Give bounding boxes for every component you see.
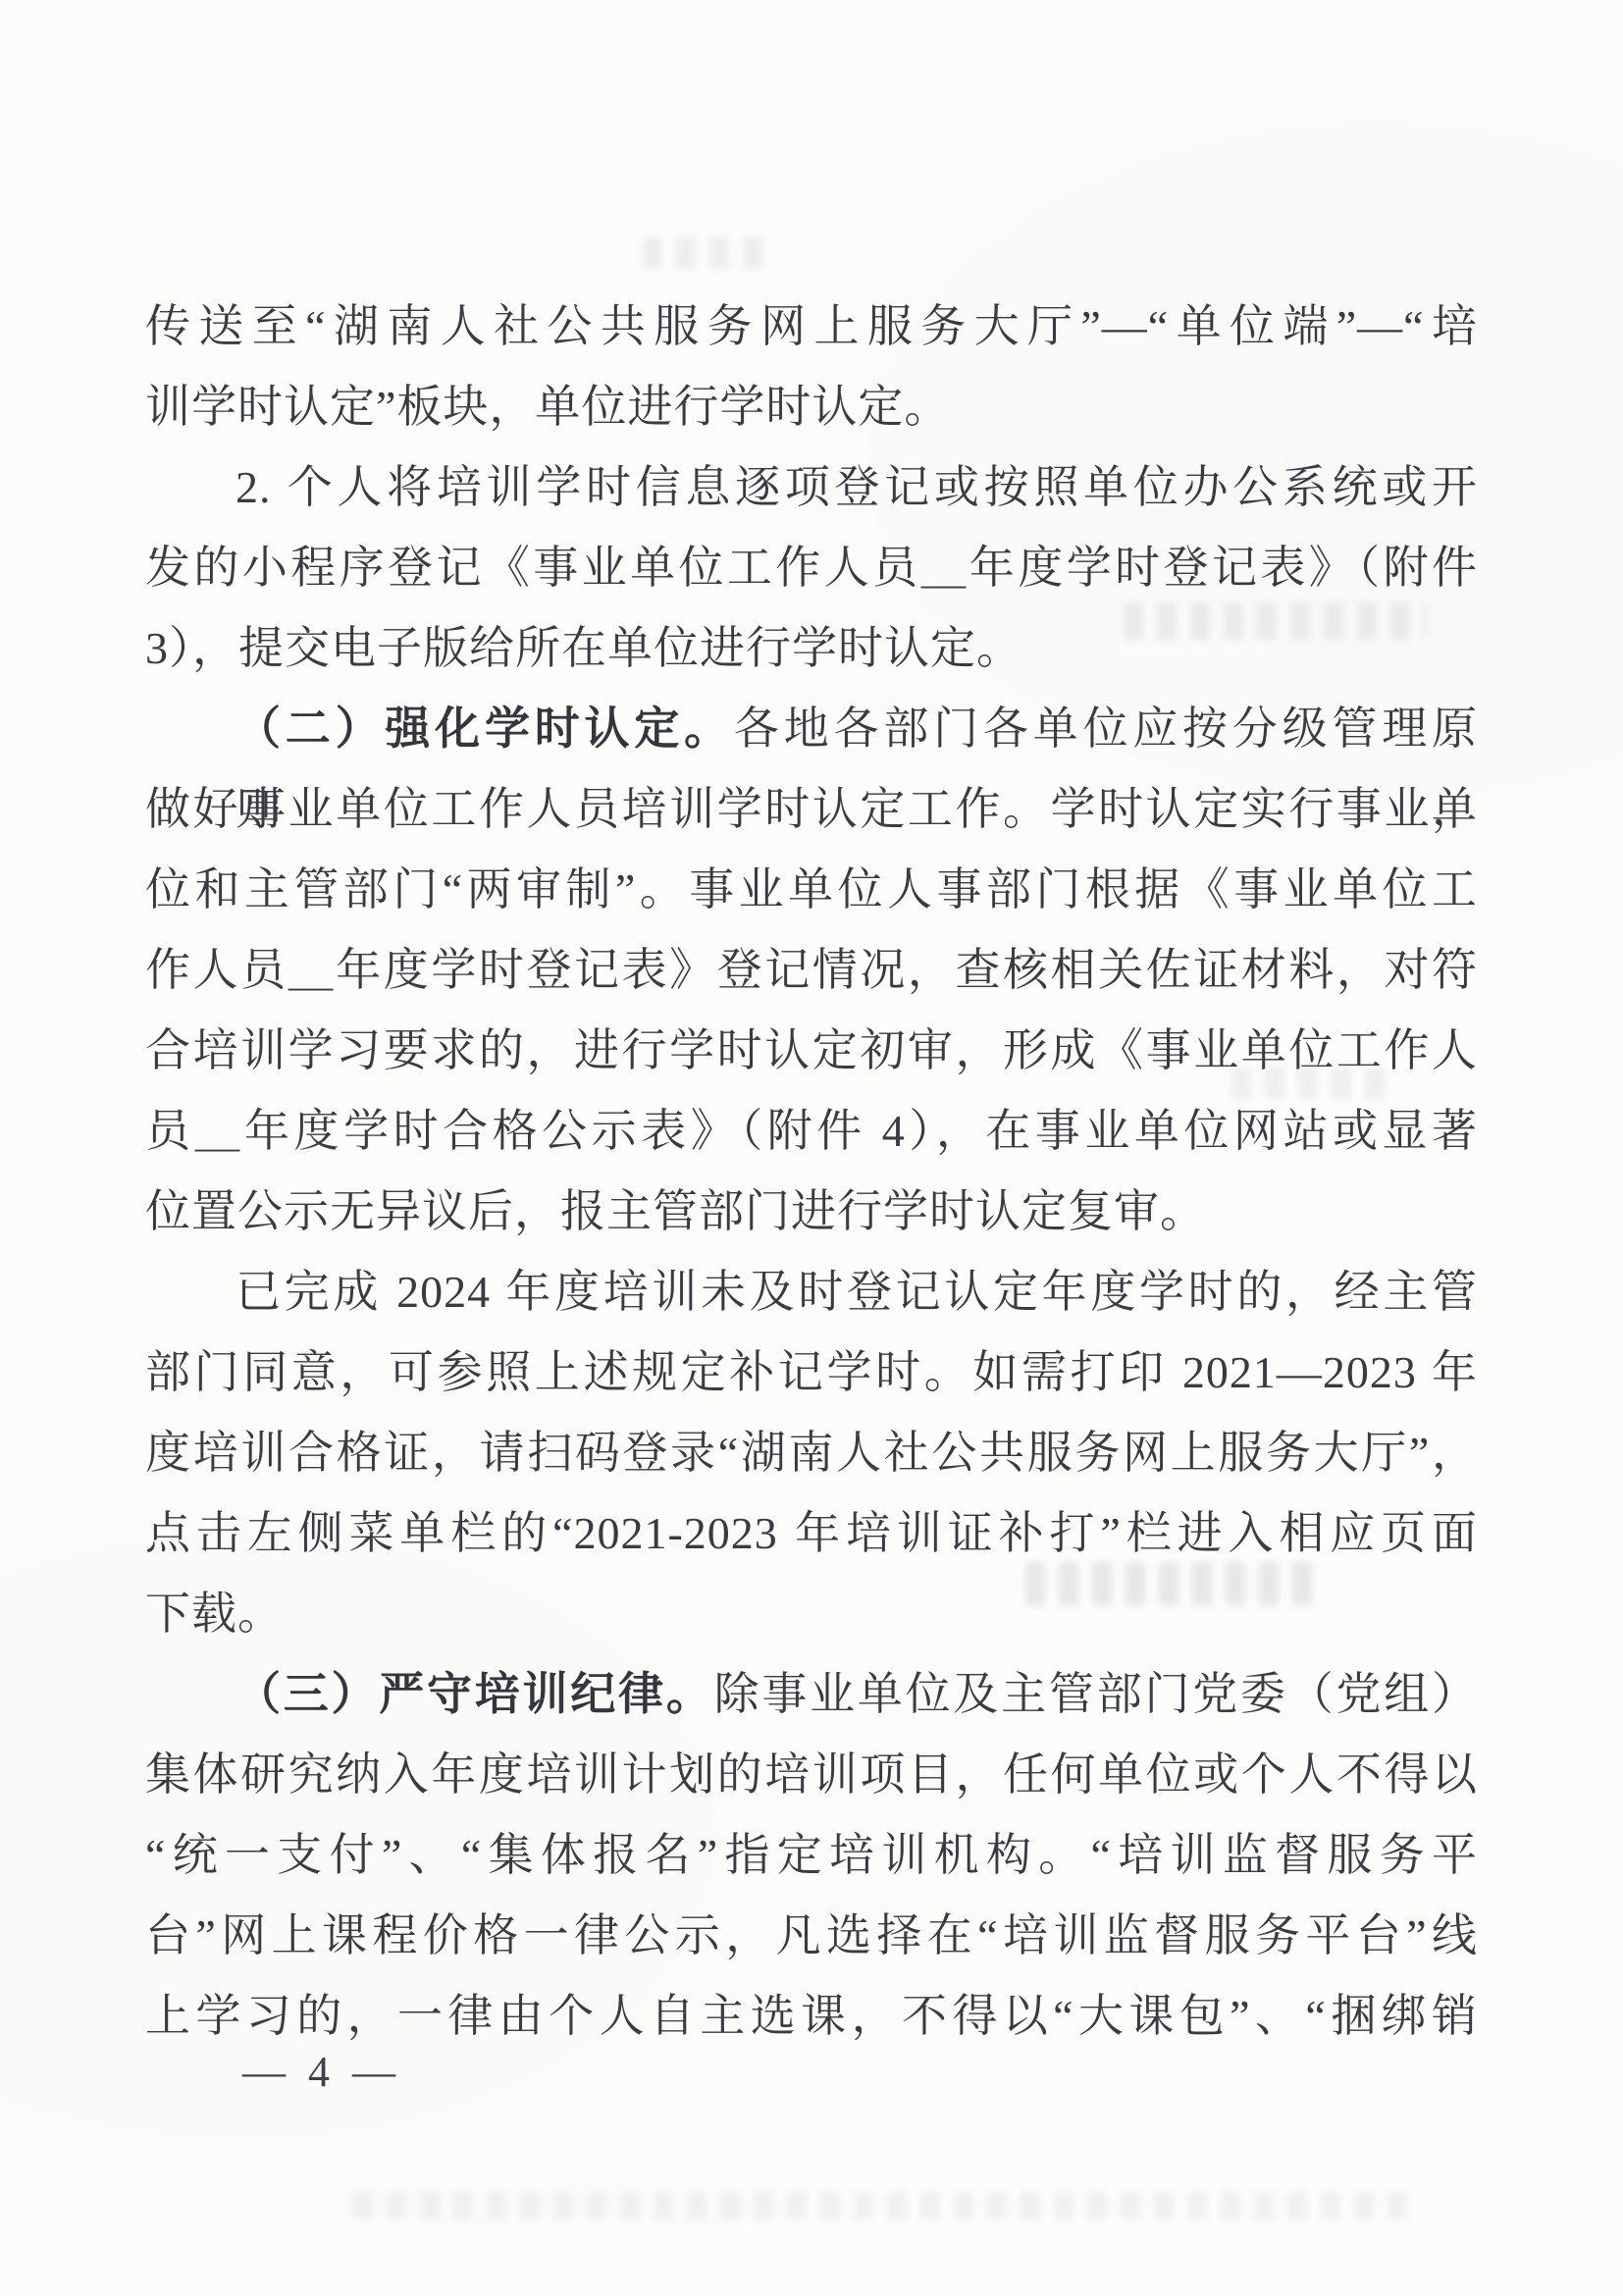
body-text: 集体研究纳入年度培训计划的培训项目，任何单位或个人不得以 (145, 1749, 1478, 1800)
text-line: 部门同意，可参照上述规定补记学时。如需打印 2021—2023 年 (145, 1332, 1478, 1413)
body-text: 下载。 (145, 1589, 284, 1639)
section-heading-text: （二）强化学时认定。 (236, 704, 734, 754)
section-heading-text: （三）严守培训纪律。 (236, 1669, 714, 1719)
text-line: （三）严守培训纪律。除事业单位及主管部门党委（党组） (145, 1654, 1478, 1735)
body-text: 除事业单位及主管部门党委（党组） (714, 1669, 1478, 1719)
text-line: 度培训合格证，请扫码登录“湖南人社公共服务网上服务大厅”， (145, 1413, 1478, 1493)
body-text: 员＿年度学时合格公示表》（附件 4），在事业单位网站或显著 (145, 1106, 1478, 1156)
text-line: “统一支付”、“集体报名”指定培训机构。“培训监督服务平 (145, 1815, 1478, 1896)
text-line: 做好事业单位工作人员培训学时认定工作。学时认定实行事业单 (145, 769, 1478, 850)
body-text: 位置公示无异议后，报主管部门进行学时认定复审。 (145, 1186, 1206, 1236)
body-text: 训学时认定”板块，单位进行学时认定。 (145, 382, 950, 432)
text-line: 传送至“湖南人社公共服务网上服务大厅”—“单位端”—“培 (145, 287, 1478, 367)
text-line: 2. 个人将培训学时信息逐项登记或按照单位办公系统或开 (145, 447, 1478, 528)
text-line: 下载。 (145, 1574, 1478, 1654)
text-line: 位和主管部门“两审制”。事业单位人事部门根据《事业单位工 (145, 850, 1478, 930)
bleedthrough-artifact (353, 2192, 1413, 2219)
text-line: 台”网上课程价格一律公示，凡选择在“培训监督服务平台”线 (145, 1896, 1478, 1976)
bleedthrough-artifact (643, 237, 775, 269)
body-text: 3），提交电子版给所在单位进行学时认定。 (145, 623, 1022, 673)
body-text: 台”网上课程价格一律公示，凡选择在“培训监督服务平台”线 (145, 1910, 1478, 1960)
body-text: 度培训合格证，请扫码登录“湖南人社公共服务网上服务大厅”， (145, 1428, 1478, 1478)
body-text: 作人员＿年度学时登记表》登记情况，查核相关佐证材料，对符 (145, 945, 1478, 995)
body-text: 发的小程序登记《事业单位工作人员＿年度学时登记表》（附件 (145, 543, 1478, 593)
body-text: 点击左侧菜单栏的“2021-2023 年培训证补打”栏进入相应页面 (145, 1508, 1478, 1558)
text-line: 集体研究纳入年度培训计划的培训项目，任何单位或个人不得以 (145, 1735, 1478, 1815)
text-line: 点击左侧菜单栏的“2021-2023 年培训证补打”栏进入相应页面 (145, 1493, 1478, 1574)
text-line: 上学习的，一律由个人自主选课，不得以“大课包”、“捆绑销 (145, 1976, 1478, 2057)
body-text: 做好事业单位工作人员培训学时认定工作。学时认定实行事业单 (145, 784, 1478, 834)
text-line: （二）强化学时认定。各地各部门各单位应按分级管理原则， (145, 689, 1478, 769)
text-line: 位置公示无异议后，报主管部门进行学时认定复审。 (145, 1172, 1478, 1252)
text-line: 合培训学习要求的，进行学时认定初审，形成《事业单位工作人 (145, 1011, 1478, 1091)
document-page: 传送至“湖南人社公共服务网上服务大厅”—“单位端”—“培训学时认定”板块，单位进… (0, 0, 1623, 2296)
body-text: 位和主管部门“两审制”。事业单位人事部门根据《事业单位工 (145, 864, 1478, 914)
body-text: 已完成 2024 年度培训未及时登记认定年度学时的，经主管 (236, 1267, 1478, 1317)
body-text: “统一支付”、“集体报名”指定培训机构。“培训监督服务平 (145, 1830, 1478, 1880)
text-line: 3），提交电子版给所在单位进行学时认定。 (145, 608, 1478, 689)
body-text: 部门同意，可参照上述规定补记学时。如需打印 2021—2023 年 (145, 1347, 1478, 1397)
body-text: 2. 个人将培训学时信息逐项登记或按照单位办公系统或开 (236, 462, 1478, 512)
text-line: 训学时认定”板块，单位进行学时认定。 (145, 367, 1478, 447)
body-text: 合培训学习要求的，进行学时认定初审，形成《事业单位工作人 (145, 1025, 1478, 1075)
body-text: 上学习的，一律由个人自主选课，不得以“大课包”、“捆绑销 (145, 1991, 1478, 2041)
document-body: 传送至“湖南人社公共服务网上服务大厅”—“单位端”—“培训学时认定”板块，单位进… (145, 287, 1478, 2057)
text-line: 发的小程序登记《事业单位工作人员＿年度学时登记表》（附件 (145, 528, 1478, 608)
text-line: 已完成 2024 年度培训未及时登记认定年度学时的，经主管 (145, 1252, 1478, 1332)
text-line: 作人员＿年度学时登记表》登记情况，查核相关佐证材料，对符 (145, 930, 1478, 1011)
text-line: 员＿年度学时合格公示表》（附件 4），在事业单位网站或显著 (145, 1091, 1478, 1172)
page-number: — 4 — (145, 2047, 498, 2097)
body-text: 传送至“湖南人社公共服务网上服务大厅”—“单位端”—“培 (145, 301, 1478, 351)
